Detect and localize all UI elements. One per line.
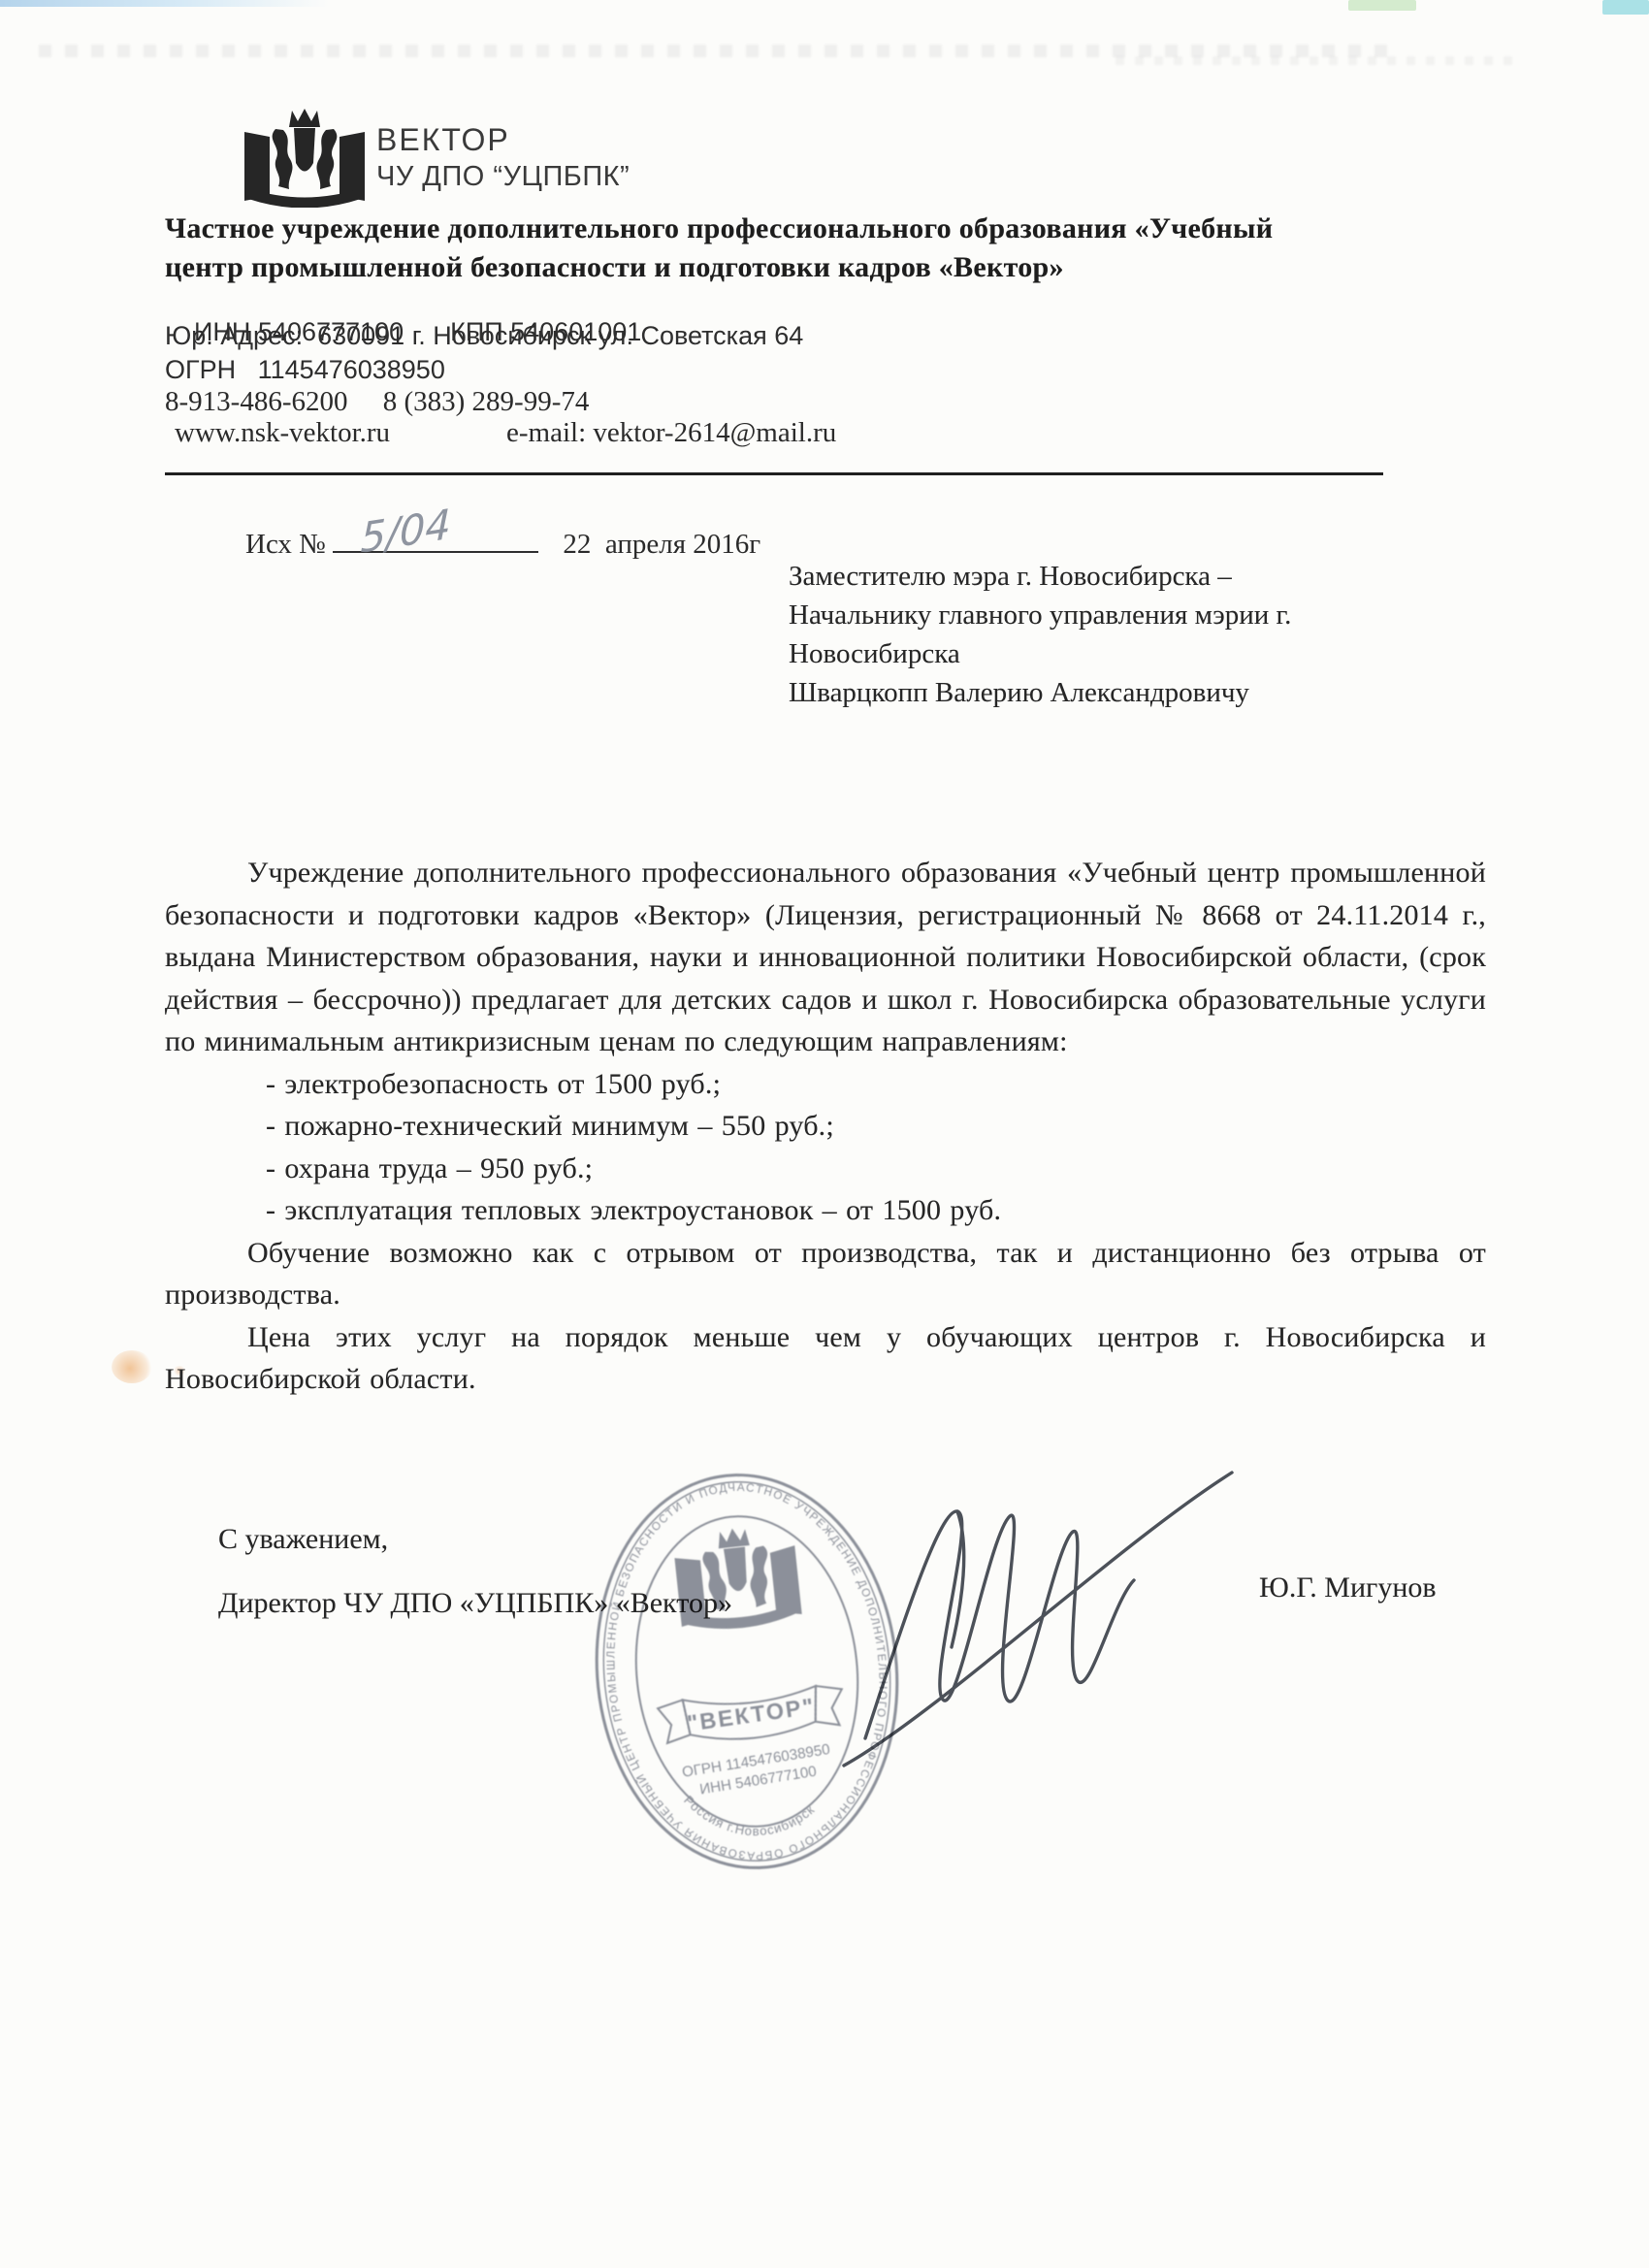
- web-email-row: www.nsk-vektor.rue-mail: vektor-2614@mai…: [175, 417, 836, 449]
- letter-body: Учреждение дополнительного профессиональ…: [165, 852, 1486, 1401]
- service-item: - охрана труда – 950 руб.;: [266, 1148, 1486, 1190]
- scan-artifact-top-right-green: [1348, 0, 1416, 11]
- letterhead-divider-line: [165, 472, 1383, 475]
- logo-title: ВЕКТОР: [376, 122, 510, 158]
- recipient-line: Начальнику главного управления мэрии г.: [789, 596, 1291, 634]
- email: e-mail: vektor-2614@mail.ru: [506, 417, 836, 448]
- stamp-coat-of-arms: [672, 1522, 803, 1634]
- ogrn-value: ОГРН 1145476038950: [165, 355, 445, 385]
- service-item: - электробезопасность от 1500 руб.;: [266, 1063, 1486, 1106]
- recipient-block: Заместителю мэра г. Новосибирска – Начал…: [789, 557, 1291, 712]
- service-item: - эксплуатация тепловых электроустановок…: [266, 1189, 1486, 1232]
- phone-numbers: 8-913-486-6200 8 (383) 289-99-74: [165, 386, 589, 418]
- body-paragraph-1: Учреждение дополнительного профессиональ…: [165, 852, 1486, 1063]
- reference-label: Исх №: [245, 529, 326, 560]
- scan-ghost-line-right: [1115, 56, 1523, 65]
- scanned-letter-page: ВЕКТОР ЧУ ДПО “УЦПБПК” Частное учреждени…: [0, 0, 1649, 2268]
- reference-number-blank: 5/04: [333, 522, 538, 553]
- signer-name: Ю.Г. Мигунов: [1259, 1571, 1437, 1604]
- novosibirsk-coat-of-arms-logo: [233, 107, 376, 208]
- closing-phrase: С уважением,: [218, 1523, 388, 1556]
- paper-stain: [112, 1350, 152, 1383]
- letter-date: 22 апреля 2016г: [563, 529, 760, 560]
- organization-name-line1: Частное учреждение дополнительного профе…: [165, 210, 1503, 248]
- logo-subtitle: ЧУ ДПО “УЦПБПК”: [376, 161, 630, 193]
- body-paragraph-2: Обучение возможно как с отрывом от произ…: [165, 1232, 1486, 1316]
- scan-artifact-top-left: [0, 0, 330, 7]
- reference-row: Исх № 5/04 22 апреля 2016г: [245, 522, 760, 561]
- recipient-line: Заместителю мэра г. Новосибирска –: [789, 557, 1291, 596]
- recipient-line: Новосибирска: [789, 634, 1291, 673]
- service-item: - пожарно-технический минимум – 550 руб.…: [266, 1105, 1486, 1148]
- scan-artifact-top-right-cyan: [1602, 0, 1649, 15]
- body-paragraph-3: Цена этих услуг на порядок меньше чем у …: [165, 1316, 1486, 1401]
- organization-name-line2: центр промышленной безопасности и подгот…: [165, 248, 1503, 287]
- handwritten-signature: [824, 1457, 1251, 1787]
- recipient-line: Шварцкопп Валерию Александровичу: [789, 673, 1291, 712]
- legal-address: Юр. Адрес: 630091 г. Новосибирск ул. Сов…: [165, 321, 803, 351]
- handwritten-reference-number: 5/04: [360, 500, 451, 563]
- organization-name: Частное учреждение дополнительного профе…: [165, 210, 1503, 287]
- website: www.nsk-vektor.ru: [175, 417, 390, 448]
- services-price-list: - электробезопасность от 1500 руб.; - по…: [165, 1063, 1486, 1232]
